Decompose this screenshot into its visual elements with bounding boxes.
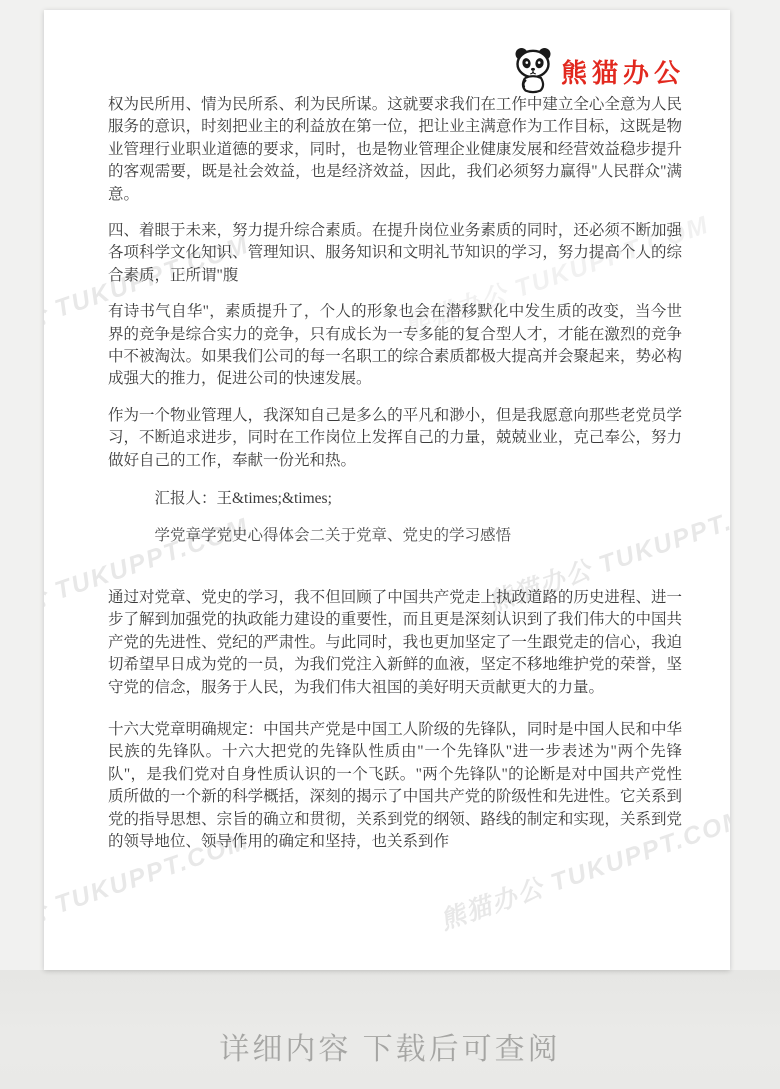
document-page: 熊猫办公 TUKUPPT.COM 熊猫办公 TUKUPPT.COM 熊猫办公 T… xyxy=(44,10,730,970)
paragraph: 权为民所用、情为民所系、利为民所谋。这就要求我们在工作中建立全心全意为人民服务的… xyxy=(108,94,682,206)
paragraph: 四、着眼于未来，努力提升综合素质。在提升岗位业务素质的同时，还必须不断加强各项科… xyxy=(108,220,682,287)
footer-note: 详细内容 下载后可查阅 xyxy=(0,1024,780,1068)
reporter-line: 汇报人：王&times;&times; xyxy=(108,488,682,510)
paragraph: 有诗书气自华"，素质提升了，个人的形象也会在潜移默化中发生质的改变，当今世界的竞… xyxy=(108,301,682,391)
document-content: 权为民所用、情为民所系、利为民所谋。这就要求我们在工作中建立全心全意为人民服务的… xyxy=(108,10,682,853)
paragraph: 十六大党章明确规定：中国共产党是中国工人阶级的先锋队，同时是中国人民和中华民族的… xyxy=(108,719,682,853)
paragraph: 通过对党章、党史的学习，我不但回顾了中国共产党走上执政道路的历史进程、进一步了解… xyxy=(108,587,682,699)
paragraph: 作为一个物业管理人，我深知自己是多么的平凡和渺小，但是我愿意向那些老党员学习，不… xyxy=(108,405,682,472)
footer-note-text: 详细内容 下载后可查阅 xyxy=(219,1033,560,1066)
section-title: 学党章学党史心得体会二关于党章、党史的学习感悟 xyxy=(108,525,682,547)
